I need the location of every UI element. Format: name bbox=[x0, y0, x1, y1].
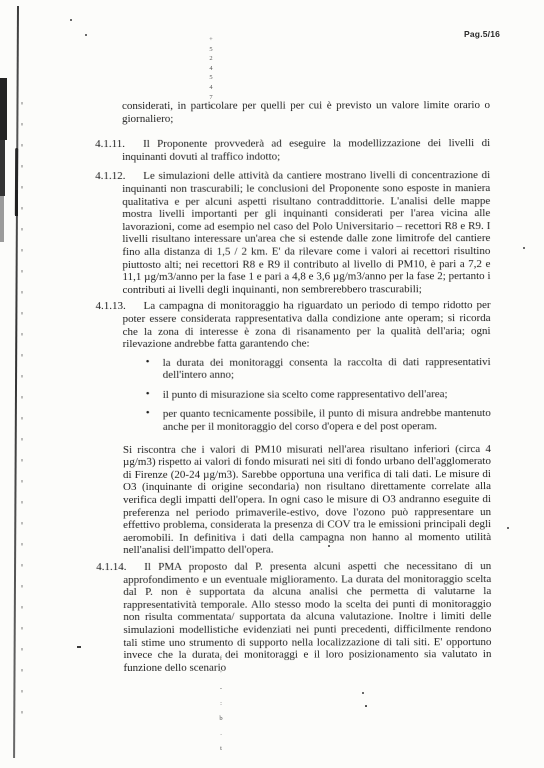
scan-edge-streak bbox=[0, 196, 4, 242]
bullet-text: il punto di misurazione sia scelto come … bbox=[163, 388, 448, 401]
bullet-item: la durata dei monitoraggi consenta la ra… bbox=[163, 356, 491, 382]
page-number: Pag.5/16 bbox=[464, 29, 500, 39]
scan-speck bbox=[85, 34, 87, 36]
scan-speck bbox=[365, 705, 367, 707]
clause-4-1-11: 4.1.11.Il Proponente provvederà ad esegu… bbox=[122, 137, 490, 163]
paragraph-pm10-note: Si riscontra che i valori di PM10 misura… bbox=[123, 443, 491, 557]
scan-binding-line bbox=[13, 6, 19, 758]
scan-speck bbox=[362, 692, 364, 694]
clause-4-1-14: 4.1.14.Il PMA proposto dal P. presenta a… bbox=[123, 560, 491, 674]
bullet-text: per quanto tecnicamente possibile, il pu… bbox=[163, 408, 491, 433]
clause-number: 4.1.12. bbox=[95, 170, 125, 183]
clause-4-1-12: 4.1.12.Le simulazioni delle attività da … bbox=[122, 169, 490, 296]
scan-speck bbox=[70, 19, 72, 21]
scan-ink-blob bbox=[15, 190, 18, 216]
scan-speck bbox=[523, 247, 525, 249]
bullet-item: il punto di misurazione sia scelto come … bbox=[163, 388, 491, 401]
bullet-text: la durata dei monitoraggi consenta la ra… bbox=[163, 356, 491, 381]
clause-number: 4.1.14. bbox=[96, 561, 126, 574]
scan-bleed-ticks bbox=[21, 102, 23, 718]
bullet-list: la durata dei monitoraggi consenta la ra… bbox=[123, 356, 491, 434]
page-content: considerati, in particolare per quelli p… bbox=[122, 99, 492, 674]
scan-edge-streak bbox=[0, 78, 7, 140]
clause-text: Il PMA proposto dal P. presenta alcuni a… bbox=[123, 560, 491, 674]
scan-speck bbox=[77, 646, 81, 648]
scan-edge-streak bbox=[0, 140, 5, 196]
clause-number: 4.1.11. bbox=[95, 138, 125, 151]
clause-4-1-13: 4.1.13.La campagna di monitoraggio ha ri… bbox=[123, 299, 491, 350]
clause-text: La campagna di monitoraggio ha riguardat… bbox=[123, 299, 491, 350]
clause-number: 4.1.13. bbox=[96, 300, 126, 313]
bullet-item: per quanto tecnicamente possibile, il pu… bbox=[163, 408, 491, 434]
document-page: + 5 2 4 5 4 7 t f ' - : b . t Pag.5/16 c… bbox=[0, 0, 544, 768]
clause-text: Le simulazioni delle attività da cantier… bbox=[122, 169, 490, 295]
scan-speck bbox=[507, 527, 509, 529]
clause-text: Il Proponente provvederà ad eseguire la … bbox=[122, 137, 490, 163]
paragraph-continuation: considerati, in particolare per quelli p… bbox=[122, 99, 490, 125]
